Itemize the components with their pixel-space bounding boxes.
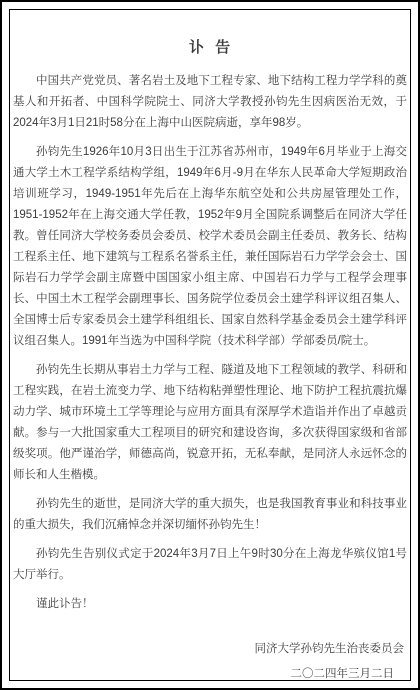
obituary-body: 中国共产党党员、著名岩土及地下工程专家、地下结构工程力学学科的奠基人和开拓者、中…	[13, 71, 407, 615]
obituary-paragraph: 孙钧先生的逝世，是同济大学的重大损失，也是我国教育事业和科技事业的重大损失，我们…	[13, 494, 407, 536]
document-title: 讣 告	[13, 38, 407, 58]
signature-date: 二〇二四年三月二日	[13, 664, 407, 681]
signature-committee: 同济大学孙钧先生治丧委员会	[13, 639, 407, 660]
obituary-paragraph: 孙钧先生1926年10月3日出生于江苏省苏州市，1949年6月毕业于上海交通大学…	[13, 142, 407, 352]
signature-block: 同济大学孙钧先生治丧委员会 二〇二四年三月二日	[13, 639, 407, 681]
obituary-page: 讣 告 中国共产党党员、著名岩土及地下工程专家、地下结构工程力学学科的奠基人和开…	[0, 0, 420, 690]
obituary-paragraph: 中国共产党党员、著名岩土及地下工程专家、地下结构工程力学学科的奠基人和开拓者、中…	[13, 71, 407, 134]
obituary-paragraph: 谨此讣告！	[13, 594, 407, 615]
obituary-paragraph: 孙钧先生告别仪式定于2024年3月7日上午9时30分在上海龙华殡仪馆1号大厅举行…	[13, 544, 407, 586]
obituary-paragraph: 孙钧先生长期从事岩土力学与工程、隧道及地下工程领域的教学、科研和工程实践，在岩土…	[13, 360, 407, 486]
document-inner-frame: 讣 告 中国共产党党员、著名岩土及地下工程专家、地下结构工程力学学科的奠基人和开…	[9, 9, 411, 681]
